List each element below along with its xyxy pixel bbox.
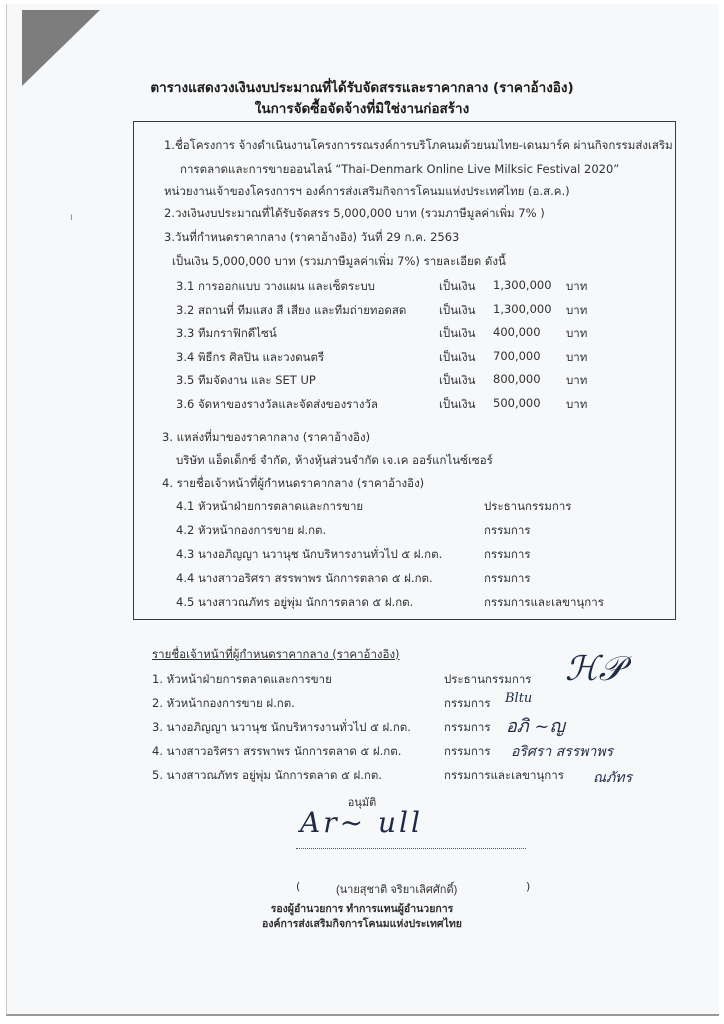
breakdown-item-prefix: เป็นเงิน [439, 278, 476, 296]
project-owner: หน่วยงานเจ้าของโครงการฯ องค์การส่งเสริมก… [164, 183, 570, 201]
handwritten-signature: ณภัทร [593, 767, 632, 789]
breakdown-item-amount: 400,000 [493, 325, 541, 339]
breakdown-item-unit: บาท [566, 372, 587, 390]
committee-member-name: 4.4 นางสาวอริศรา สรรพาพร นักการตลาด ๕ ฝ.… [176, 570, 433, 588]
signatory-role: ประธานกรรมการ [444, 671, 532, 689]
price-source-heading: 3. แหล่งที่มาของราคากลาง (ราคาอ้างอิง) [162, 429, 370, 447]
approver-signature: Ar~ ull [300, 806, 423, 839]
handwritten-signature: Bltu [505, 691, 532, 706]
handwritten-signature: อริศรา สรรพาพร [511, 741, 613, 763]
breakdown-item-prefix: เป็นเงิน [439, 325, 476, 343]
committee-member-name: 4.2 หัวหน้ากองการขาย ฝ.กต. [176, 522, 326, 540]
committee-heading: 4. รายชื่อเจ้าหน้าที่ผู้กำหนดราคากลาง (ร… [162, 475, 424, 493]
signatory-role: กรรมการ [444, 743, 491, 761]
handwritten-signature: ℋ𝒫 [565, 649, 623, 689]
signatory-role: กรรมการ [444, 695, 491, 713]
breakdown-item-unit: บาท [566, 278, 587, 296]
handwritten-signature: อภิ ~ญ [506, 711, 565, 740]
breakdown-item-label: 3.1 การออกแบบ วางแผน และเซ็ตระบบ [176, 278, 375, 296]
breakdown-item-label: 3.5 ทีมจัดงาน และ SET UP [176, 372, 316, 390]
signatory-name: 3. นางอภิญญา นวานุช นักบริหารงานทั่วไป ๕… [152, 719, 411, 737]
signatory-name: 1. หัวหน้าฝ่ายการตลาดและการขาย [152, 671, 332, 689]
document-title-line2: ในการจัดซื้อจัดจ้างที่มิใช่งานก่อสร้าง [0, 97, 724, 119]
signature-line [296, 848, 526, 849]
committee-member-role: กรรมการและเลขานุการ [484, 594, 604, 612]
price-source-companies: บริษัท แอ็ดเด็กซ์ จำกัด, ห้างหุ้นส่วนจำก… [176, 452, 493, 470]
document-title-line1: ตารางแสดงวงเงินงบประมาณที่ได้รับจัดสรรแล… [0, 76, 724, 98]
signatory-role: กรรมการและเลขานุการ [444, 767, 564, 785]
breakdown-item-prefix: เป็นเงิน [439, 349, 476, 367]
breakdown-item-amount: 800,000 [493, 372, 541, 386]
committee-member-name: 4.1 หัวหน้าฝ่ายการตลาดและการขาย [176, 498, 363, 516]
breakdown-item-amount: 500,000 [493, 396, 541, 410]
breakdown-item-label: 3.4 พิธีกร ศิลปิน และวงดนตรี [176, 349, 324, 367]
committee-member-role: กรรมการ [484, 522, 531, 540]
signatory-name: 5. นางสาวณภัทร อยู่พุ่ม นักการตลาด ๕ ฝ.ก… [152, 767, 382, 785]
project-name-cont: การตลาดและการขายออนไลน์ “Thai-Denmark On… [180, 161, 619, 179]
open-parenthesis: ( [296, 880, 300, 893]
budget-allocated: 2.วงเงินงบประมาณที่ได้รับจัดสรร 5,000,00… [164, 205, 545, 223]
breakdown-item-prefix: เป็นเงิน [439, 302, 476, 320]
breakdown-item-label: 3.2 สถานที่ ทีมแสง สี เสียง และทีมถ่ายทอ… [176, 302, 406, 320]
breakdown-item-amount: 1,300,000 [493, 278, 552, 292]
approver-name: (นายสุชาติ จริยาเลิศศักดิ์) [336, 880, 457, 898]
breakdown-item-label: 3.3 ทีมกราฟิกดีไซน์ [176, 325, 277, 343]
signatory-role: กรรมการ [444, 719, 491, 737]
close-parenthesis: ) [526, 880, 530, 893]
committee-member-role: ประธานกรรมการ [484, 498, 572, 516]
committee-member-name: 4.3 นางอภิญญา นวานุช นักบริหารงานทั่วไป … [176, 546, 442, 564]
breakdown-item-amount: 700,000 [493, 349, 541, 363]
breakdown-item-prefix: เป็นเงิน [439, 372, 476, 390]
breakdown-item-unit: บาท [566, 325, 587, 343]
breakdown-item-prefix: เป็นเงิน [439, 396, 476, 414]
project-name: 1.ชื่อโครงการ จ้างดำเนินงานโครงการรณรงค์… [164, 137, 673, 155]
approver-position-line2: องค์การส่งเสริมกิจการโคนมแห่งประเทศไทย [0, 915, 724, 932]
folded-corner [22, 10, 100, 86]
signatory-name: 2. หัวหน้ากองการขาย ฝ.กต. [152, 695, 295, 713]
reference-price-date: 3.วันที่กำหนดราคากลาง (ราคาอ้างอิง) วันท… [164, 229, 459, 247]
signatory-name: 4. นางสาวอริศรา สรรพาพร นักการตลาด ๕ ฝ.ก… [152, 743, 401, 761]
committee-member-role: กรรมการ [484, 546, 531, 564]
reference-price-total: เป็นเงิน 5,000,000 บาท (รวมภาษีมูลค่าเพิ… [172, 253, 506, 271]
breakdown-item-unit: บาท [566, 302, 587, 320]
breakdown-item-unit: บาท [566, 349, 587, 367]
committee-member-role: กรรมการ [484, 570, 531, 588]
breakdown-item-amount: 1,300,000 [493, 302, 552, 316]
breakdown-item-label: 3.6 จัดหาของรางวัลและจัดส่งของรางวัล [176, 396, 378, 414]
committee-member-name: 4.5 นางสาวณภัทร อยู่พุ่ม นักการตลาด ๕ ฝ.… [176, 594, 413, 612]
scan-mark: ı [70, 212, 73, 223]
signatories-heading: รายชื่อเจ้าหน้าที่ผู้กำหนดราคากลาง (ราคา… [152, 646, 400, 664]
breakdown-item-unit: บาท [566, 396, 587, 414]
